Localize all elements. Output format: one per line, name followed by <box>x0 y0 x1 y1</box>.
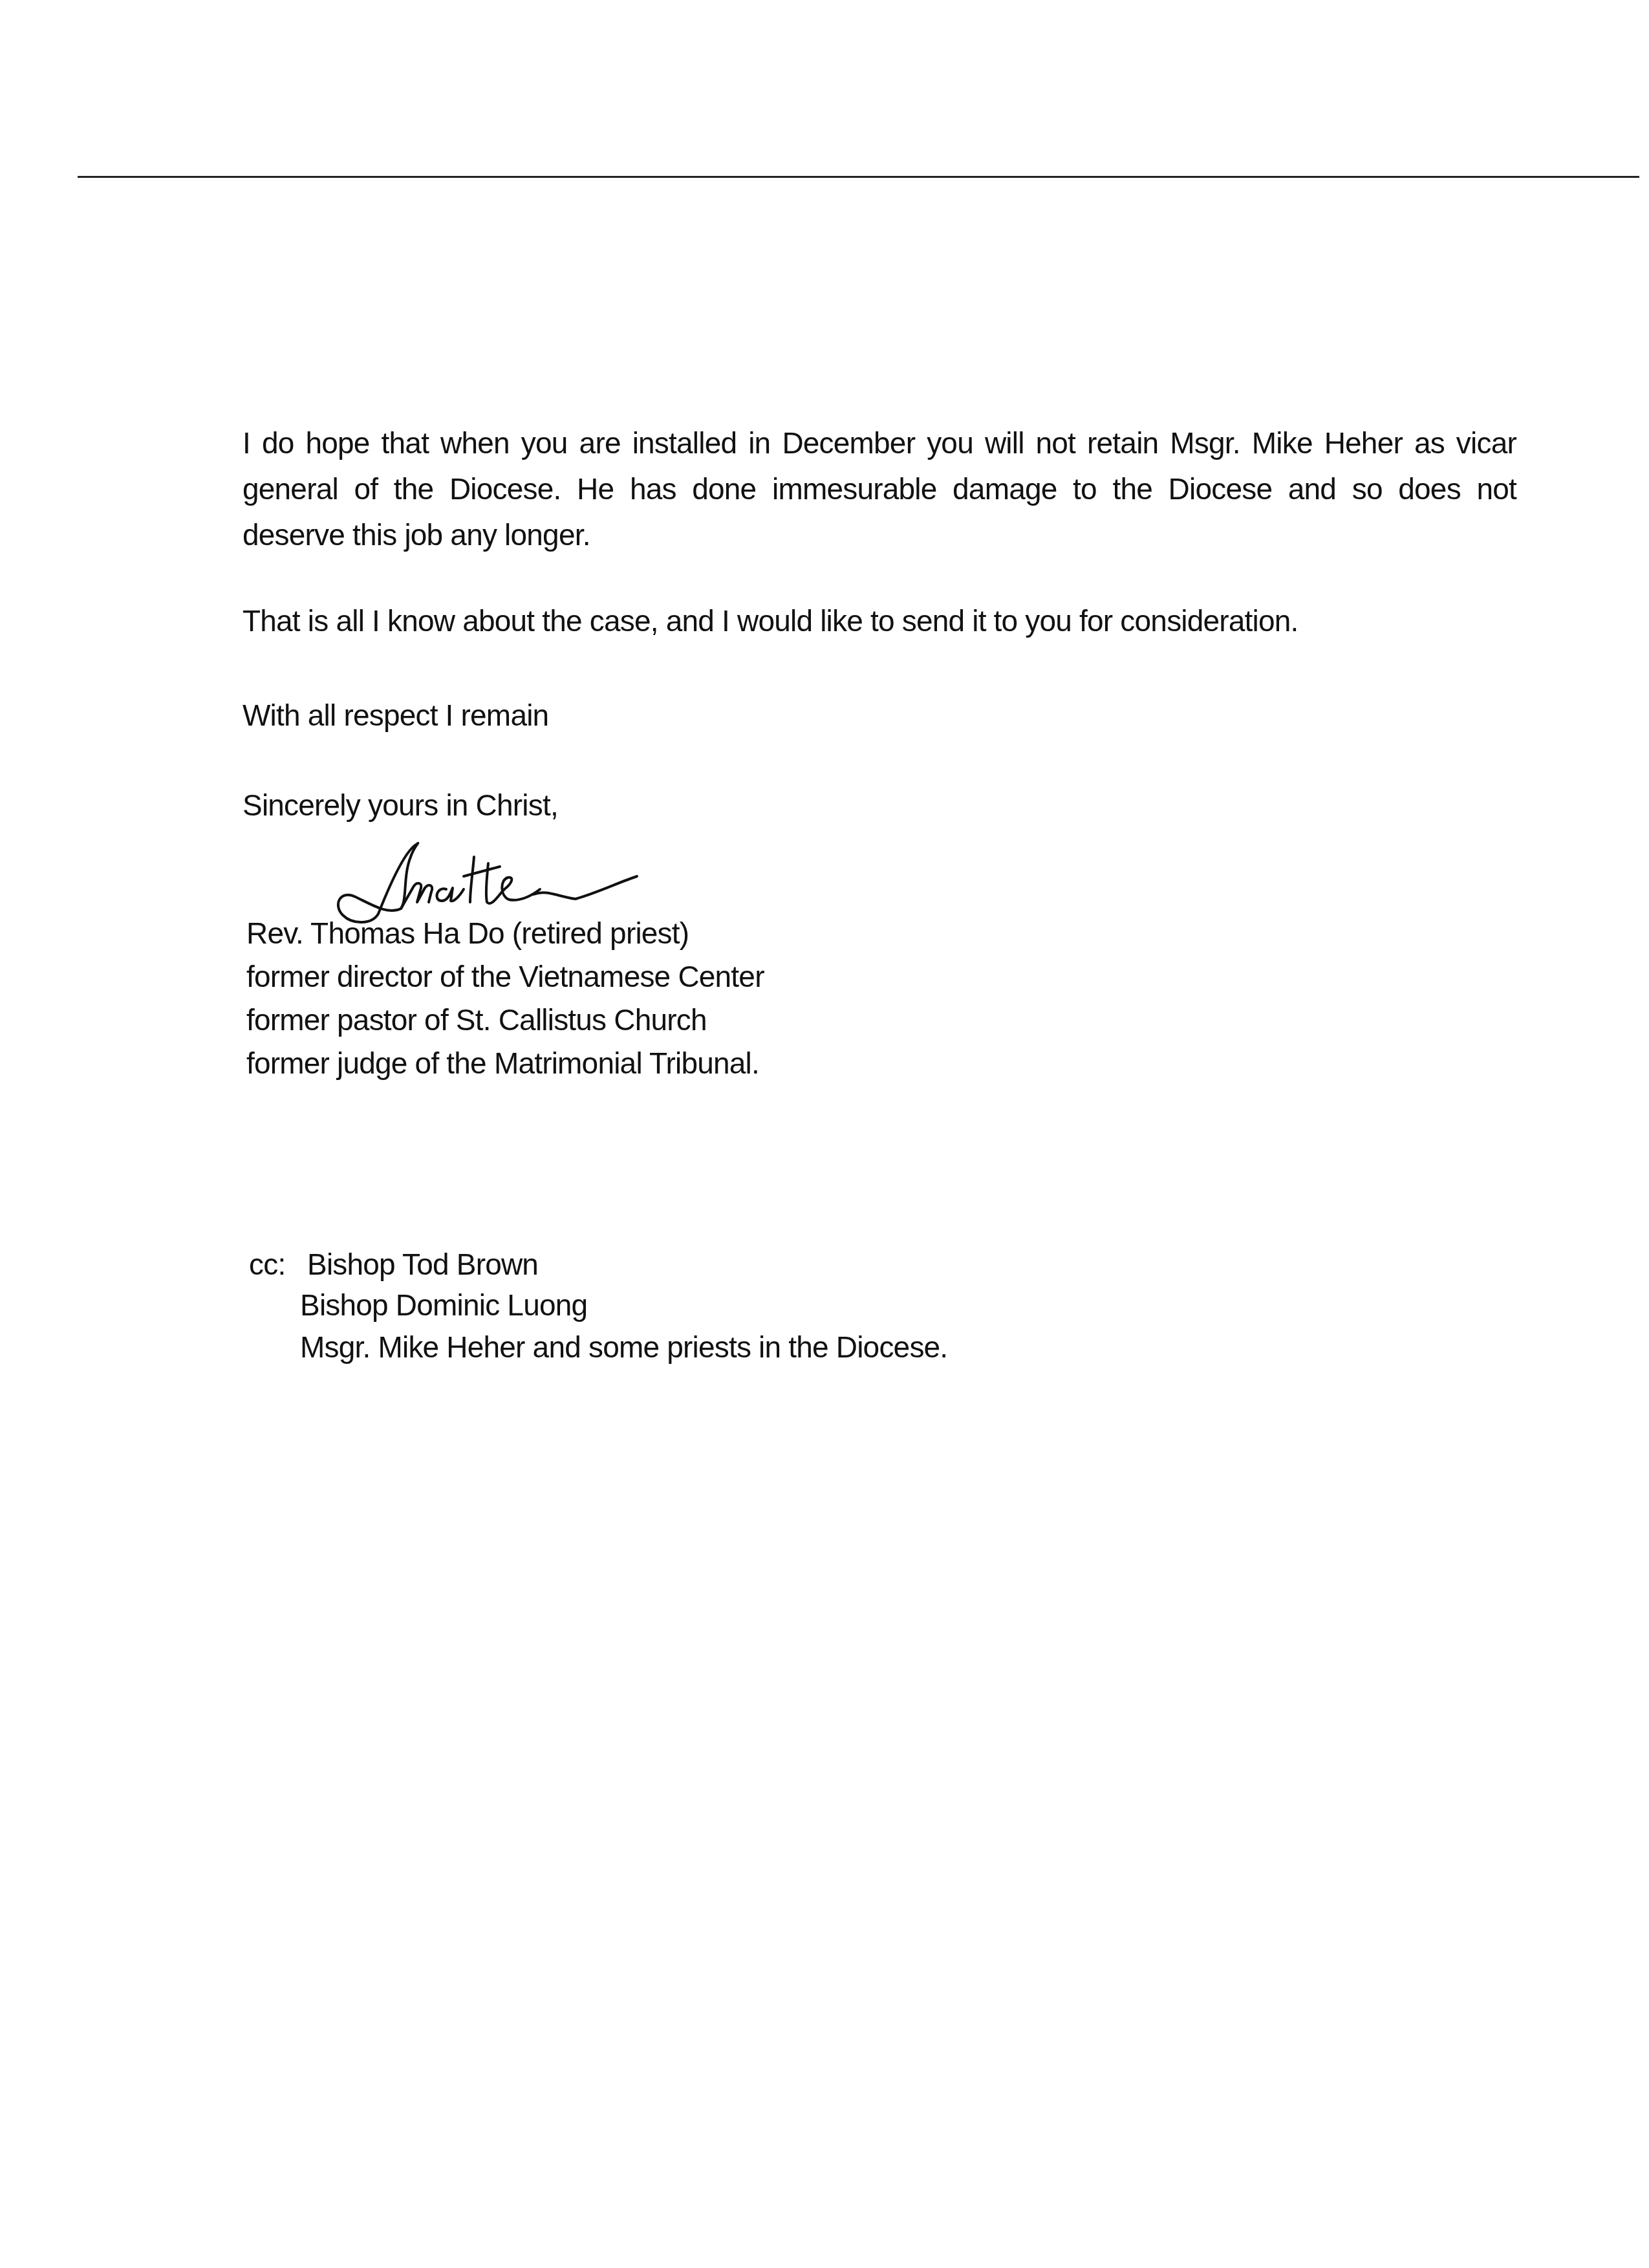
valediction: Sincerely yours in Christ, <box>242 790 558 820</box>
paragraph-line: I do hope that when you are installed in… <box>242 420 1516 466</box>
paragraph-retain-request: I do hope that when you are installed in… <box>242 420 1516 558</box>
header-rule <box>78 176 1639 178</box>
cc-recipient: Bishop Dominic Luong <box>300 1290 587 1320</box>
handwritten-signature-icon <box>327 837 663 928</box>
cc-recipient: Bishop Tod Brown <box>307 1249 538 1279</box>
signatory-title: former judge of the Matrimonial Tribunal… <box>246 1048 759 1078</box>
closing-line: With all respect I remain <box>242 700 548 730</box>
signatory-title: former pastor of St. Callistus Church <box>246 1005 707 1035</box>
signatory-title: former director of the Vietnamese Center <box>246 962 764 991</box>
paragraph-line: deserve this job any longer. <box>242 512 1516 558</box>
paragraph-consideration: That is all I know about the case, and I… <box>242 606 1299 636</box>
cc-label: cc: <box>249 1249 285 1279</box>
paragraph-line: general of the Diocese. He has done imme… <box>242 466 1516 512</box>
cc-recipient: Msgr. Mike Heher and some priests in the… <box>300 1332 947 1362</box>
signatory-name: Rev. Thomas Ha Do (retired priest) <box>246 918 689 948</box>
